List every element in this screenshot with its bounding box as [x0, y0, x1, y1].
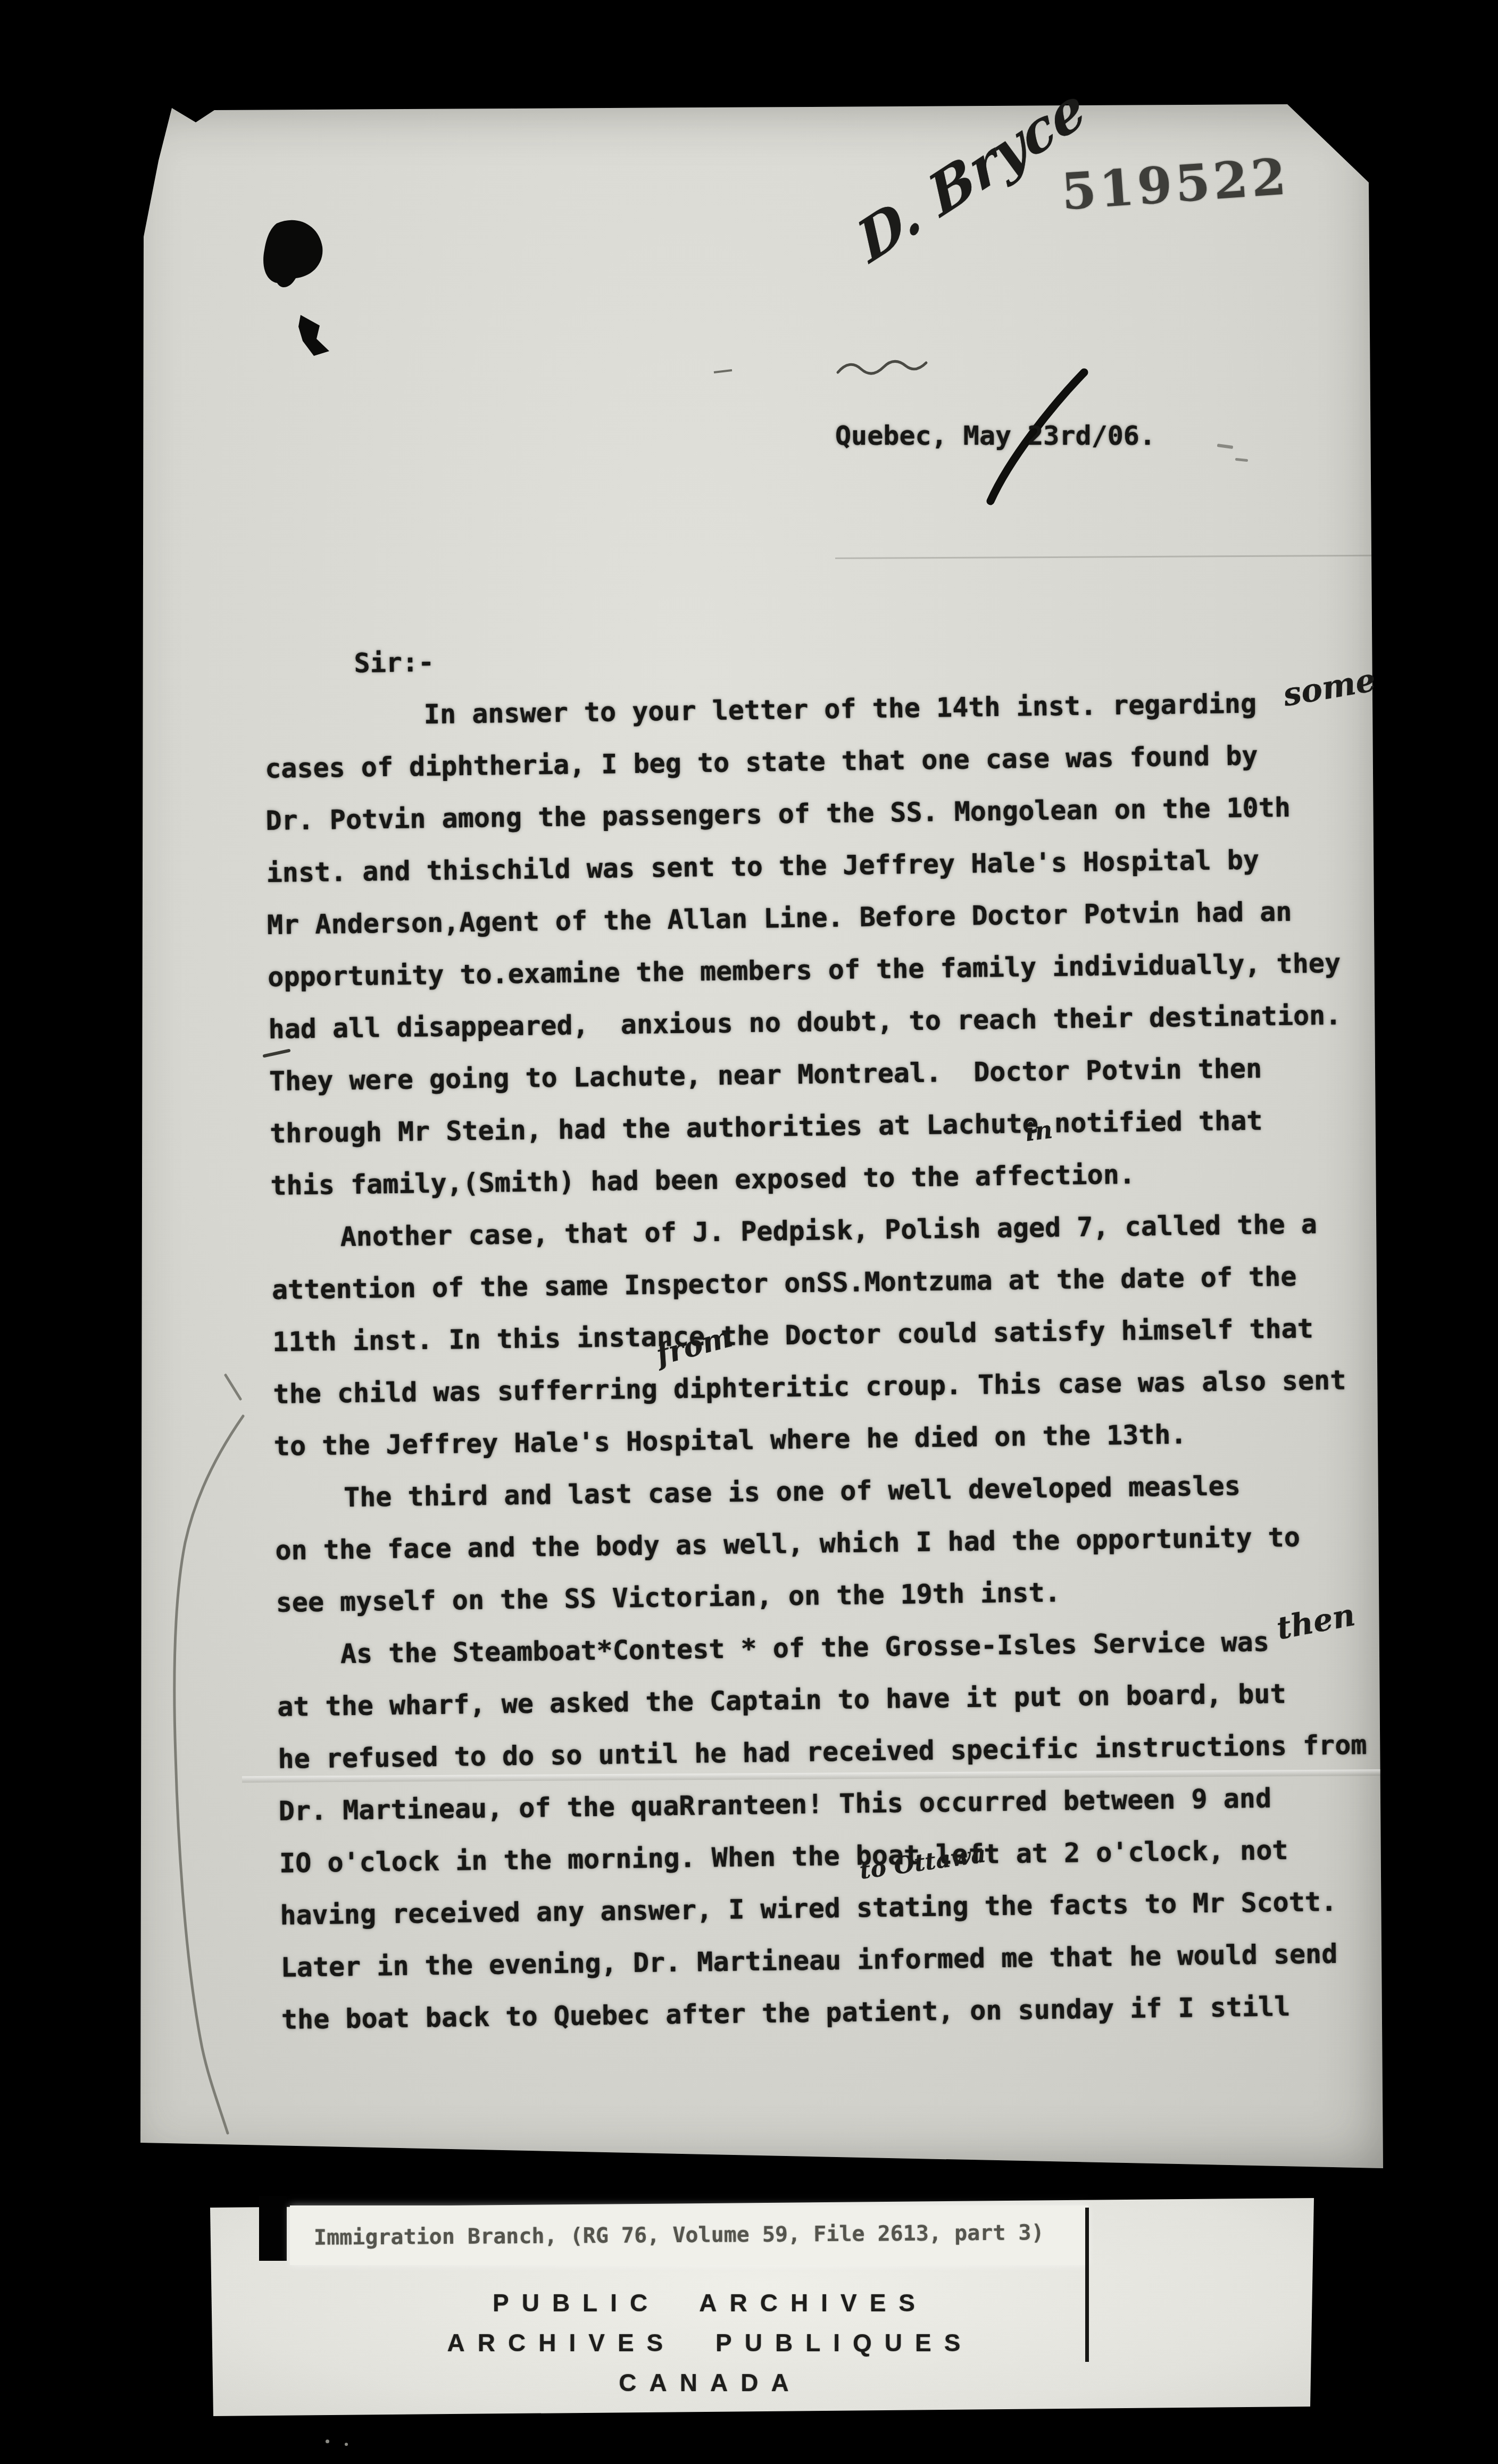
squiggle-mark	[838, 361, 926, 373]
letter-dateline: Quebec, May 23rd/06.	[835, 420, 1155, 451]
archives-stamp-line: ARCHIVES PUBLIQUES	[285, 2323, 1136, 2363]
handwritten-insert-in: in	[1023, 1115, 1054, 1147]
ink-drip-mark	[298, 315, 329, 356]
ink-blot-mark	[263, 220, 322, 287]
source-label-card: Immigration Branch, (RG 76, Volume 59, F…	[290, 2205, 1088, 2265]
source-label: Immigration Branch, (RG 76, Volume 59, F…	[314, 2203, 1044, 2268]
letter-body: Sir:-In answer to your letter of the 14t…	[263, 624, 1393, 2046]
film-splice-tab	[259, 2196, 287, 2261]
archives-stamp-line: PUBLIC ARCHIVES	[285, 2283, 1136, 2323]
margin-pencil-curve	[174, 1375, 243, 2133]
public-archives-stamp: PUBLIC ARCHIVESARCHIVES PUBLIQUESCANADA	[285, 2283, 1136, 2403]
dust-dot	[345, 2443, 348, 2446]
pencil-dash-mark	[714, 370, 732, 372]
dust-dot	[326, 2440, 329, 2443]
archives-stamp-line: CANADA	[285, 2363, 1136, 2403]
